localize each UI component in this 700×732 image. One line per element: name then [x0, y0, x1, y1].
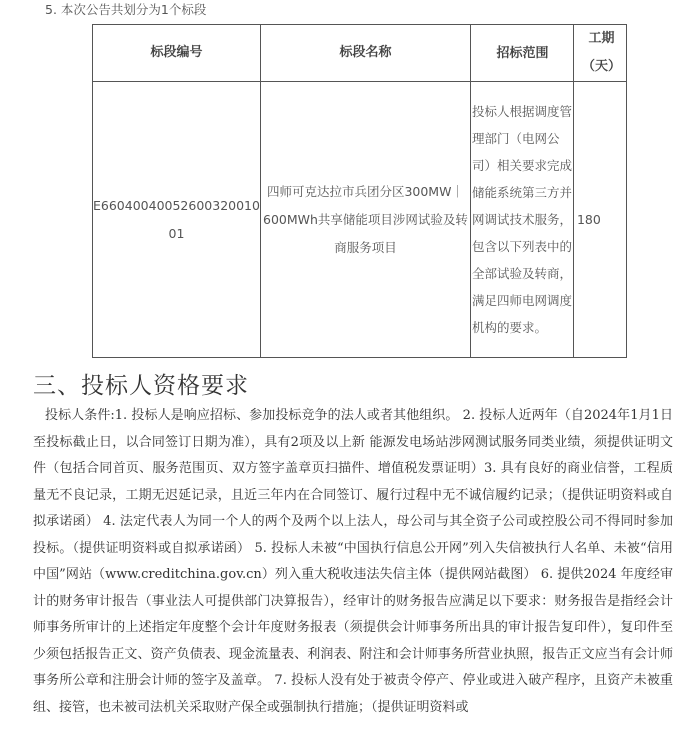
cell-scope: 投标人根据调度管理部门（电网公司）相关要求完成储能系统第三方并网调试技术服务，包… — [470, 82, 573, 358]
header-duration: 工期（天） — [573, 25, 626, 82]
table-header-row: 标段编号 标段名称 招标范围 工期（天） — [93, 25, 627, 82]
header-section-name: 标段名称 — [260, 25, 470, 82]
header-section-code: 标段编号 — [93, 25, 261, 82]
qualification-paragraph: 投标人条件:1. 投标人是响应招标、参加投标竞争的法人或者其他组织。 2. 投标… — [33, 403, 673, 721]
cell-section-code: E6604004005260032001001 — [93, 82, 261, 358]
cell-section-name: 四师可克达拉市兵团分区300MW｜600MWh共享储能项目涉网试验及转商服务项目 — [260, 82, 470, 358]
section-heading: 三、投标人资格要求 — [33, 367, 249, 400]
header-scope: 招标范围 — [470, 25, 573, 82]
bid-section-table: 标段编号 标段名称 招标范围 工期（天） E660400400526003200… — [92, 24, 627, 358]
cell-duration: 180 — [573, 82, 626, 358]
table-row: E6604004005260032001001 四师可克达拉市兵团分区300MW… — [93, 82, 627, 358]
section-note: 5. 本次公告共划分为1个标段 — [45, 0, 206, 20]
